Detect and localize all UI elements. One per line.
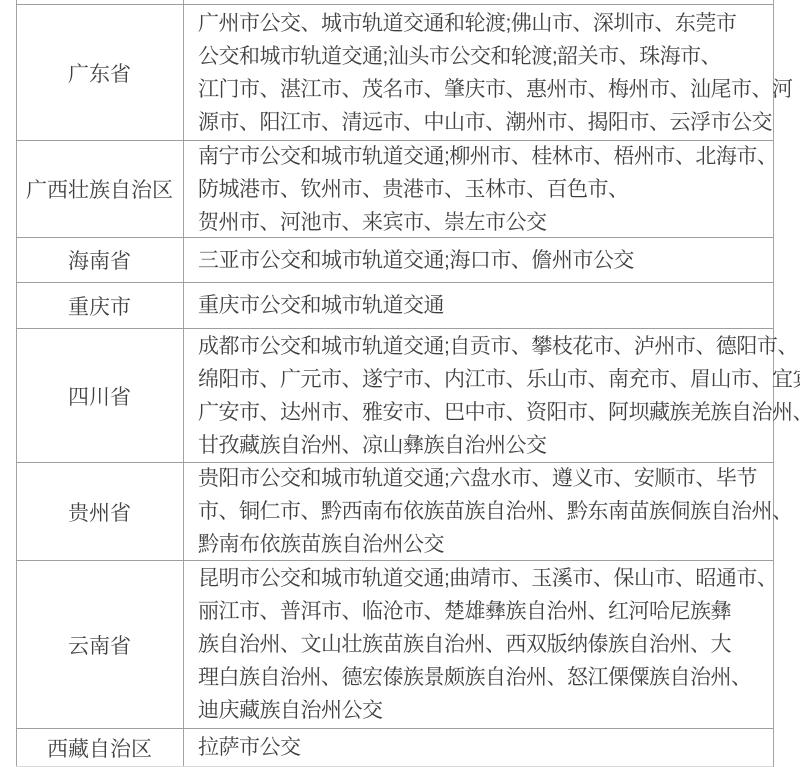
table-row-guangxi: 广西壮族自治区 南宁市公交和城市轨道交通;柳州市、桂林市、梧州市、北海市、 防城…	[16, 140, 773, 237]
coverage-cell: 三亚市公交和城市轨道交通;海口市、儋州市公交	[183, 244, 773, 277]
table-row-tibet: 西藏自治区 拉萨市公交	[16, 728, 773, 767]
table-row-guizhou: 贵州省 贵阳市公交和城市轨道交通;六盘水市、遵义市、安顺市、毕节 市、铜仁市、黔…	[16, 462, 773, 560]
coverage-line: 绵阳市、广元市、遂宁市、内江市、乐山市、南充市、眉山市、宜宾市、	[198, 363, 800, 396]
province-name: 贵州省	[16, 497, 183, 527]
coverage-line: 江门市、湛江市、茂名市、肇庆市、惠州市、梅州市、汕尾市、河	[198, 73, 793, 106]
coverage-line: 理白族自治州、德宏傣族景颇族自治州、怒江傈僳族自治州、	[198, 661, 777, 694]
coverage-line: 三亚市公交和城市轨道交通;海口市、儋州市公交	[198, 244, 773, 277]
coverage-line: 甘孜藏族自治州、凉山彝族自治州公交	[198, 429, 800, 462]
coverage-line: 成都市公交和城市轨道交通;自贡市、攀枝花市、泸州市、德阳市、	[198, 330, 800, 363]
coverage-cell: 拉萨市公交	[183, 731, 773, 764]
coverage-line: 市、铜仁市、黔西南布依族苗族自治州、黔东南苗族侗族自治州、	[198, 495, 793, 528]
coverage-line: 贵阳市公交和城市轨道交通;六盘水市、遵义市、安顺市、毕节	[198, 462, 793, 495]
coverage-line: 源市、阳江市、清远市、中山市、潮州市、揭阳市、云浮市公交	[198, 106, 793, 139]
coverage-line: 黔南布依族苗族自治州公交	[198, 528, 793, 561]
table-row-yunnan: 云南省 昆明市公交和城市轨道交通;曲靖市、玉溪市、保山市、昭通市、 丽江市、普洱…	[16, 560, 773, 728]
province-name: 西藏自治区	[16, 733, 183, 763]
coverage-cell: 重庆市公交和城市轨道交通	[183, 289, 773, 322]
coverage-line: 拉萨市公交	[198, 731, 773, 764]
province-name: 四川省	[16, 381, 183, 411]
coverage-line: 重庆市公交和城市轨道交通	[198, 289, 773, 322]
table-row-chongqing: 重庆市 重庆市公交和城市轨道交通	[16, 282, 773, 328]
province-name: 海南省	[16, 245, 183, 275]
table-row-guangdong: 广东省 广州市公交、城市轨道交通和轮渡;佛山市、深圳市、东莞市 公交和城市轨道交…	[16, 4, 773, 140]
coverage-line: 公交和城市轨道交通;汕头市公交和轮渡;韶关市、珠海市、	[198, 40, 793, 73]
coverage-line: 迪庆藏族自治州公交	[198, 694, 777, 727]
coverage-cell: 成都市公交和城市轨道交通;自贡市、攀枝花市、泸州市、德阳市、 绵阳市、广元市、遂…	[183, 330, 800, 462]
coverage-line: 昆明市公交和城市轨道交通;曲靖市、玉溪市、保山市、昭通市、	[198, 562, 777, 595]
coverage-line: 贺州市、河池市、来宾市、崇左市公交	[198, 206, 777, 239]
coverage-line: 丽江市、普洱市、临沧市、楚雄彝族自治州、红河哈尼族彝	[198, 595, 777, 628]
coverage-cell: 广州市公交、城市轨道交通和轮渡;佛山市、深圳市、东莞市 公交和城市轨道交通;汕头…	[183, 7, 793, 139]
province-name: 重庆市	[16, 291, 183, 321]
province-name: 广东省	[16, 58, 183, 88]
province-name: 云南省	[16, 630, 183, 660]
coverage-cell: 昆明市公交和城市轨道交通;曲靖市、玉溪市、保山市、昭通市、 丽江市、普洱市、临沧…	[183, 562, 777, 727]
table-row-sichuan: 四川省 成都市公交和城市轨道交通;自贡市、攀枝花市、泸州市、德阳市、 绵阳市、广…	[16, 328, 773, 462]
coverage-cell: 贵阳市公交和城市轨道交通;六盘水市、遵义市、安顺市、毕节 市、铜仁市、黔西南布依…	[183, 462, 793, 561]
coverage-line: 族自治州、文山壮族苗族自治州、西双版纳傣族自治州、大	[198, 628, 777, 661]
table-row-hainan: 海南省 三亚市公交和城市轨道交通;海口市、儋州市公交	[16, 237, 773, 282]
coverage-cell: 南宁市公交和城市轨道交通;柳州市、桂林市、梧州市、北海市、 防城港市、钦州市、贵…	[183, 140, 777, 239]
province-coverage-table: 广东省 广州市公交、城市轨道交通和轮渡;佛山市、深圳市、东莞市 公交和城市轨道交…	[16, 4, 773, 767]
coverage-line: 防城港市、钦州市、贵港市、玉林市、百色市、	[198, 173, 777, 206]
transit-coverage-table-screen: 广东省 广州市公交、城市轨道交通和轮渡;佛山市、深圳市、东莞市 公交和城市轨道交…	[0, 0, 800, 767]
coverage-line: 广州市公交、城市轨道交通和轮渡;佛山市、深圳市、东莞市	[198, 7, 793, 40]
coverage-line: 广安市、达州市、雅安市、巴中市、资阳市、阿坝藏族羌族自治州、	[198, 396, 800, 429]
coverage-line: 南宁市公交和城市轨道交通;柳州市、桂林市、梧州市、北海市、	[198, 140, 777, 173]
province-name: 广西壮族自治区	[16, 174, 183, 204]
